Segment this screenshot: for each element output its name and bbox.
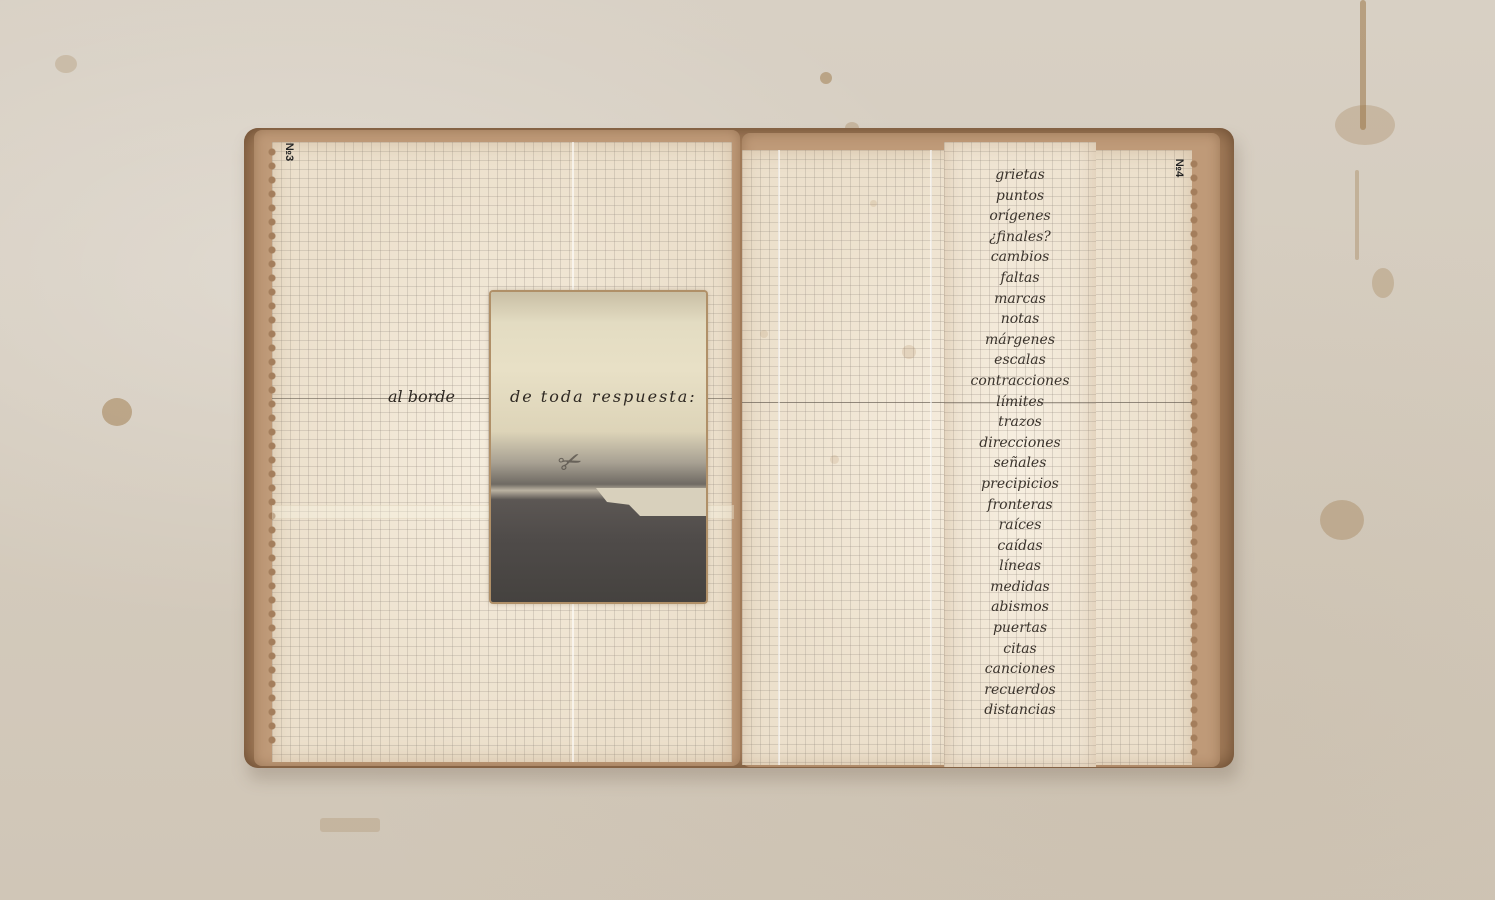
stain — [1372, 268, 1394, 298]
list-item: distancias — [965, 700, 1075, 721]
list-item: caídas — [965, 536, 1075, 557]
list-item: puertas — [965, 618, 1075, 639]
list-item: direcciones — [965, 433, 1075, 454]
stain — [830, 455, 839, 464]
stain — [870, 200, 877, 207]
list-item: grietas — [965, 165, 1075, 186]
list-item: puntos — [965, 186, 1075, 207]
torn-edge — [596, 488, 706, 516]
list-item: cambios — [965, 247, 1075, 268]
streak — [1355, 170, 1359, 260]
list-item: escalas — [965, 350, 1075, 371]
streak — [1360, 0, 1366, 130]
stain — [1320, 500, 1364, 540]
list-item: raíces — [965, 515, 1075, 536]
fold-line — [778, 150, 780, 765]
streak — [320, 818, 380, 832]
fold-line — [930, 150, 932, 765]
stain — [760, 330, 768, 338]
right-spiral-holes — [1188, 160, 1200, 760]
page-number-left: №3 — [283, 143, 295, 161]
list-item: ¿finales? — [965, 227, 1075, 248]
list-item: trazos — [965, 412, 1075, 433]
list-item: citas — [965, 639, 1075, 660]
page-number-right: №4 — [1173, 159, 1185, 177]
list-item: notas — [965, 309, 1075, 330]
list-item: faltas — [965, 268, 1075, 289]
list-item: márgenes — [965, 330, 1075, 351]
list-item: señales — [965, 453, 1075, 474]
stain — [902, 345, 916, 359]
word-list: grietas puntos orígenes ¿finales? cambio… — [965, 165, 1075, 721]
list-item: recuerdos — [965, 680, 1075, 701]
left-spiral-holes — [266, 148, 278, 748]
stain — [820, 72, 832, 84]
list-item: orígenes — [965, 206, 1075, 227]
collage-photo: ✂ — [491, 292, 706, 602]
handwriting-de-toda-respuesta: de toda respuesta: — [510, 387, 697, 406]
list-item: fronteras — [965, 495, 1075, 516]
list-item: contracciones — [965, 371, 1075, 392]
list-item: medidas — [965, 577, 1075, 598]
list-item: precipicios — [965, 474, 1075, 495]
stain — [102, 398, 132, 426]
list-item: abismos — [965, 597, 1075, 618]
list-item: marcas — [965, 289, 1075, 310]
list-item: límites — [965, 392, 1075, 413]
list-item: canciones — [965, 659, 1075, 680]
stain — [55, 55, 77, 73]
handwriting-al-borde: al borde — [388, 387, 455, 406]
list-item: líneas — [965, 556, 1075, 577]
